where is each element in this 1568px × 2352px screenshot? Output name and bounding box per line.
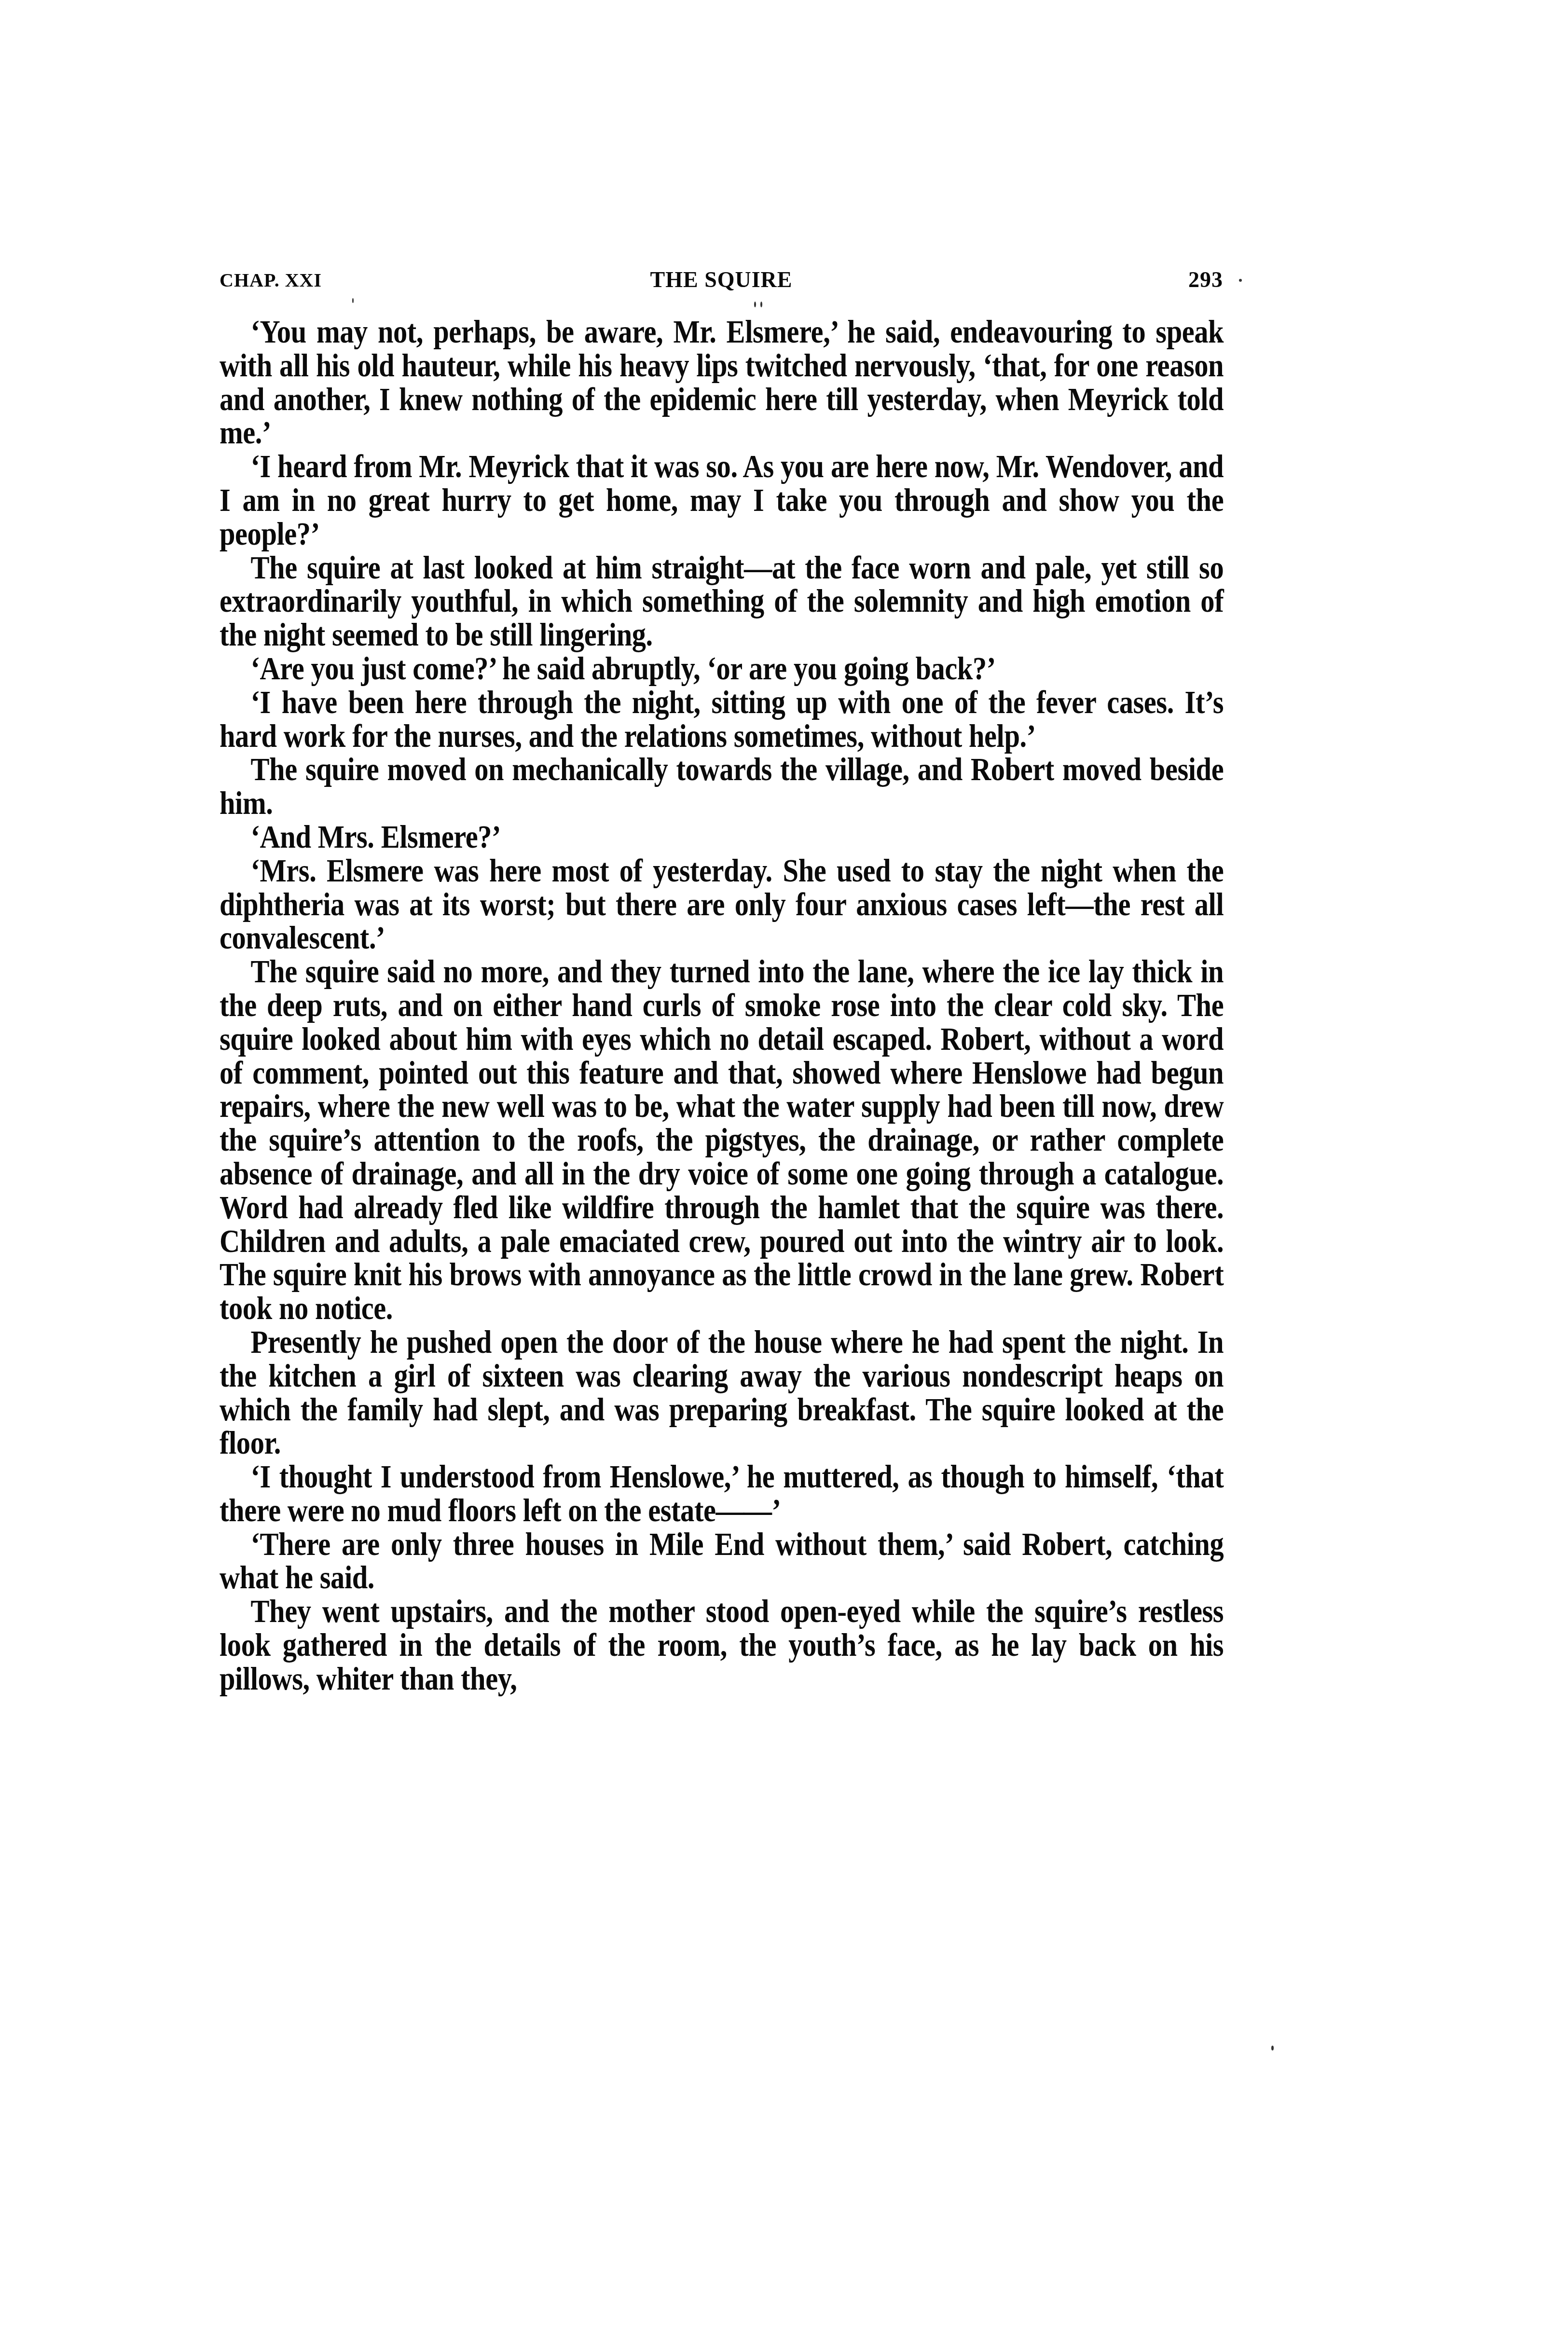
scan-speck bbox=[760, 302, 762, 307]
scan-speck bbox=[352, 298, 354, 303]
paragraph: The squire moved on mechanically towards… bbox=[220, 753, 1224, 820]
paragraph: The squire at last looked at him straigh… bbox=[220, 551, 1224, 652]
paragraph: The squire said no more, and they turned… bbox=[220, 955, 1224, 1325]
book-page: CHAP. XXI THE SQUIRE 293 ‘You may not, p… bbox=[220, 263, 1223, 1696]
paragraph: ‘I have been here through the night, sit… bbox=[220, 686, 1224, 753]
page-number: 293 bbox=[1188, 267, 1223, 292]
running-title: THE SQUIRE bbox=[220, 267, 1223, 292]
paragraph: ‘And Mrs. Elsmere?’ bbox=[220, 820, 1224, 854]
paragraph: ‘Mrs. Elsmere was here most of yesterday… bbox=[220, 854, 1224, 955]
paragraph: ‘Are you just come?’ he said abruptly, ‘… bbox=[220, 652, 1224, 686]
scan-speck bbox=[1271, 2046, 1274, 2050]
scan-speck bbox=[754, 302, 756, 307]
paragraph: Presently he pushed open the door of the… bbox=[220, 1325, 1224, 1460]
running-head: CHAP. XXI THE SQUIRE 293 bbox=[220, 263, 1223, 302]
paragraph: ‘There are only three houses in Mile End… bbox=[220, 1527, 1224, 1595]
paragraph: ‘I heard from Mr. Meyrick that it was so… bbox=[220, 450, 1224, 550]
body-text: ‘You may not, perhaps, be aware, Mr. Els… bbox=[220, 315, 1224, 1696]
scan-speck bbox=[1239, 279, 1242, 282]
paragraph: ‘I thought I understood from Henslowe,’ … bbox=[220, 1460, 1224, 1527]
paragraph: ‘You may not, perhaps, be aware, Mr. Els… bbox=[220, 315, 1224, 450]
paragraph: They went upstairs, and the mother stood… bbox=[220, 1595, 1224, 1695]
